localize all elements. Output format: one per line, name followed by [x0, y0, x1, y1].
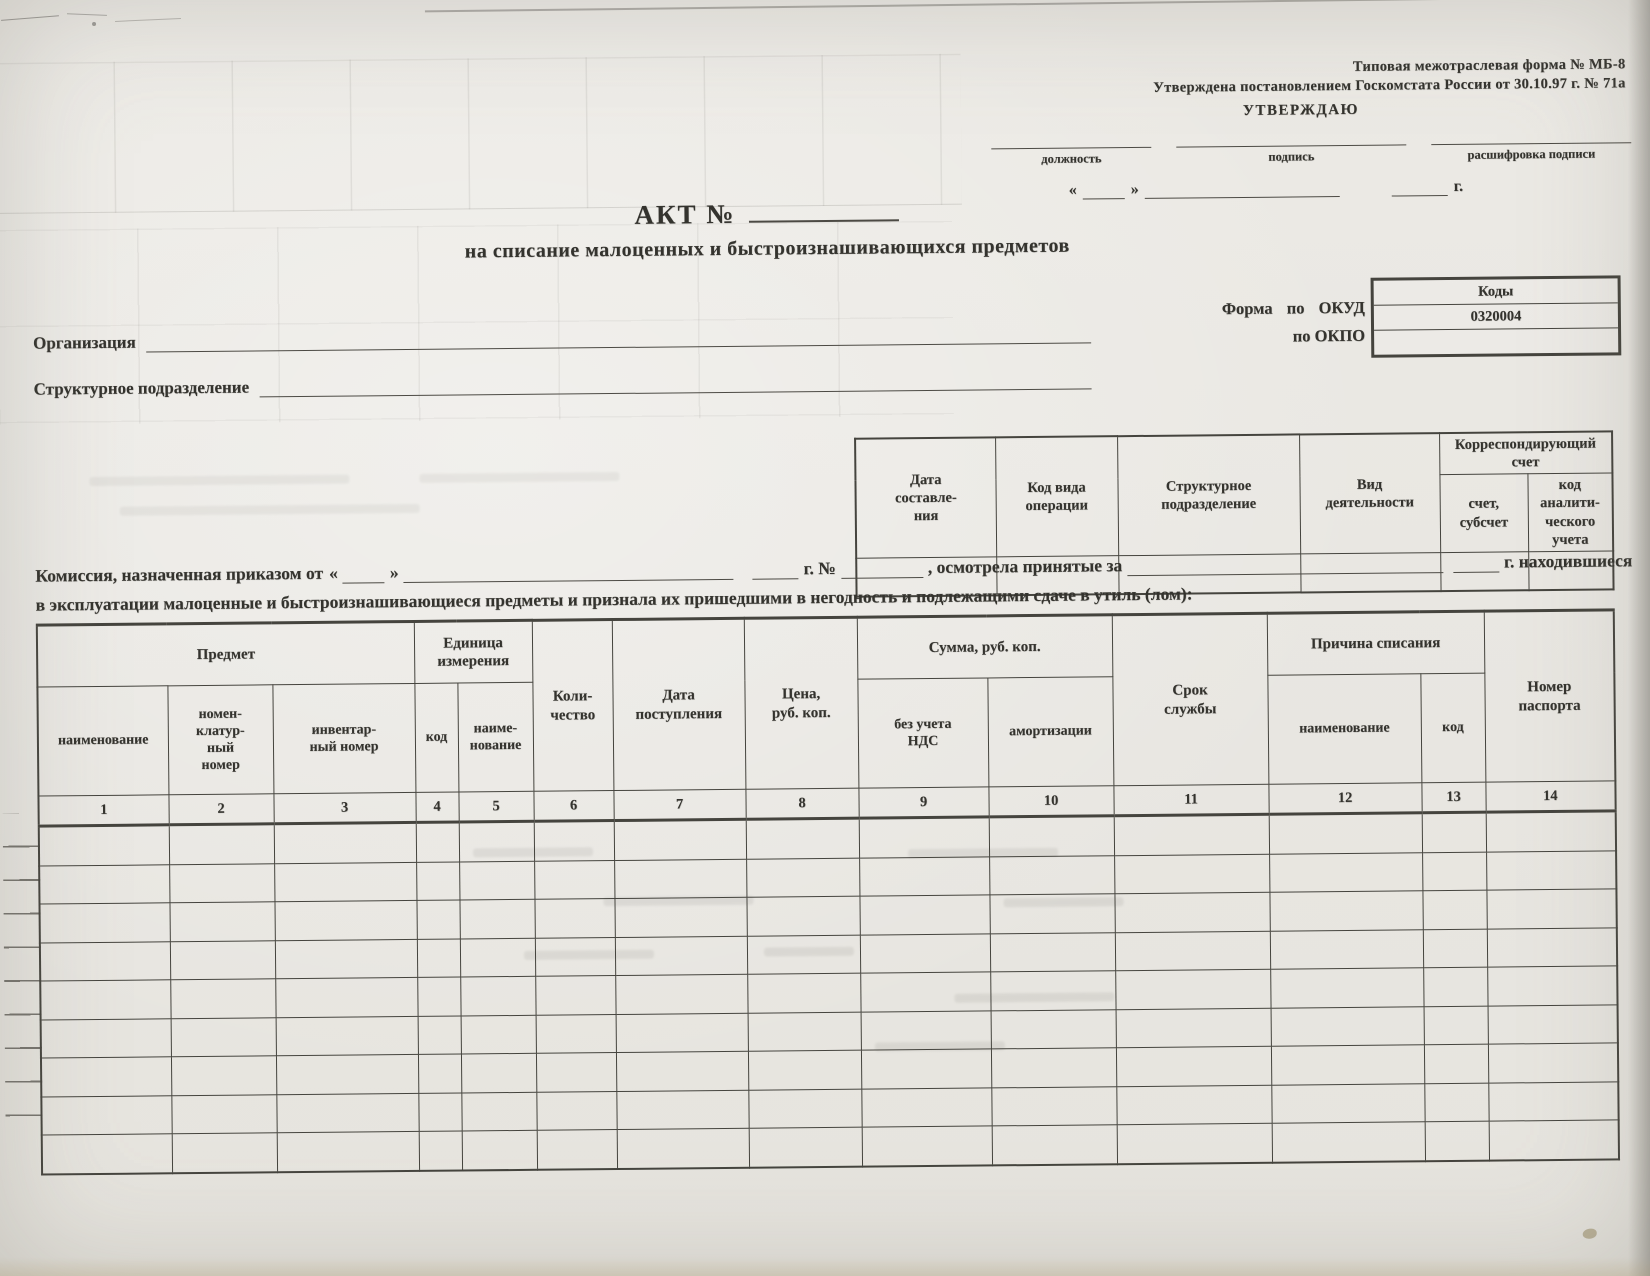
empty-cell: [1486, 889, 1616, 929]
empty-cell: [1424, 1044, 1488, 1083]
empty-cell: [616, 1013, 748, 1053]
empty-cell: [461, 1053, 536, 1092]
bleed-artifact: [425, 0, 1645, 12]
empty-cell: [1489, 1120, 1619, 1160]
pencil-mark: [115, 18, 181, 22]
empty-cell: [1486, 850, 1616, 890]
empty-cell: [535, 937, 615, 976]
document-title: АКТ №: [37, 192, 1497, 237]
empty-cell: [534, 860, 614, 899]
col-header-subdivision: Структурное подразделение: [1117, 434, 1300, 555]
organization-row: Организация: [33, 323, 1091, 353]
subdivision-blank: [259, 373, 1092, 397]
bleed-artifact: [419, 472, 619, 483]
empty-cell: [417, 977, 460, 1016]
empty-cell: [1269, 813, 1422, 854]
empty-cell: [459, 861, 534, 900]
empty-cell: [860, 933, 990, 973]
empty-cell: [1422, 890, 1486, 929]
bleed-artifact: [89, 475, 349, 486]
empty-cell: [992, 1125, 1117, 1165]
column-number: 13: [1421, 782, 1485, 813]
empty-cell: [1488, 1004, 1618, 1044]
empty-cell: [1424, 1006, 1488, 1045]
empty-cell: [1115, 931, 1270, 971]
empty-cell: [39, 825, 169, 866]
empty-cell: [171, 1094, 276, 1134]
position-field: должность: [991, 147, 1151, 168]
empty-cell: [617, 1128, 749, 1168]
col-header-nomenclature-number: номен- клатур- ный номер: [167, 685, 273, 795]
empty-cell: [991, 1048, 1116, 1088]
signature-decode-field: расшифровка подписи: [1431, 142, 1631, 163]
empty-cell: [990, 932, 1115, 972]
quote-close: »: [390, 562, 399, 583]
empty-cell: [1116, 1046, 1271, 1086]
empty-cell: [748, 1089, 861, 1129]
empty-cell: [170, 979, 275, 1019]
day-blank: [343, 567, 385, 583]
codes-header: Коды: [1374, 278, 1618, 304]
empty-cell: [276, 1093, 418, 1133]
empty-cell: [1269, 852, 1422, 892]
main-table-body: [39, 811, 1619, 1174]
col-header-amortization: амортизации: [987, 677, 1113, 787]
empty-cell: [1271, 1083, 1424, 1123]
empty-cell: [274, 900, 416, 940]
col-header-corresponding-account: Корреспондирующий счет: [1439, 431, 1612, 474]
empty-cell: [616, 1090, 748, 1130]
empty-cell: [991, 1009, 1116, 1049]
writeoff-items-table: Предмет Единица измерения Коли- чество Д…: [36, 608, 1620, 1175]
okud-value: 0320004: [1374, 302, 1618, 329]
group-header-writeoff-reason: Причина списания: [1267, 611, 1485, 675]
okud-label: Форма по ОКУД: [1038, 298, 1365, 321]
commission-text-2: г. №: [803, 558, 836, 579]
column-number: 10: [988, 786, 1113, 817]
empty-cell: [171, 1017, 276, 1057]
empty-cell: [1270, 968, 1423, 1008]
column-number: 12: [1268, 783, 1421, 814]
empty-cell: [861, 1087, 991, 1127]
empty-cell: [860, 895, 990, 935]
empty-cell: [990, 894, 1115, 934]
empty-cell: [748, 1012, 861, 1052]
empty-cell: [747, 896, 860, 936]
column-number: 8: [745, 788, 858, 819]
empty-cell: [1487, 927, 1617, 967]
row-lines-margin-artifact: [3, 814, 43, 1119]
empty-cell: [1271, 1006, 1424, 1046]
empty-cell: [989, 816, 1114, 857]
empty-cell: [859, 817, 989, 858]
okpo-value: [1374, 327, 1618, 354]
col-header-price: Цена, руб. коп.: [744, 617, 859, 789]
scan-edge-shadow: [1628, 0, 1650, 1276]
column-number: 2: [168, 794, 273, 825]
paper-stain: [1583, 1229, 1597, 1239]
empty-cell: [1116, 1085, 1271, 1125]
empty-cell: [1117, 1123, 1272, 1163]
col-header-inventory-number: инвентар- ный номер: [272, 683, 415, 793]
empty-cell: [416, 822, 459, 862]
empty-cell: [1114, 854, 1269, 894]
col-header-reason-code: код: [1420, 673, 1485, 783]
col-header-receipt-date: Дата поступления: [612, 618, 746, 790]
empty-cell: [1270, 929, 1423, 969]
year-blank: [752, 563, 798, 579]
empty-cell: [861, 1049, 991, 1089]
empty-cell: [417, 900, 460, 939]
empty-cell: [536, 1053, 616, 1092]
order-number-blank: [841, 562, 923, 579]
empty-cell: [534, 821, 614, 861]
empty-cell: [41, 1018, 171, 1058]
col-header-analytic-code: код аналити- ческого учета: [1527, 473, 1613, 551]
empty-cell: [1424, 1083, 1488, 1122]
title-block: АКТ № на списание малоценных и быстроизн…: [37, 192, 1498, 268]
empty-cell: [991, 1086, 1116, 1126]
subdivision-row: Структурное подразделение: [33, 369, 1091, 399]
organization-blank: [146, 327, 1092, 352]
empty-cell: [274, 822, 416, 863]
empty-cell: [616, 1051, 748, 1091]
empty-cell: [990, 971, 1115, 1011]
col-header-service-life: Срок службы: [1112, 613, 1269, 785]
empty-cell: [169, 824, 274, 865]
commission-text-3: , осмотрела принятые за: [928, 555, 1123, 578]
empty-cell: [1423, 967, 1487, 1006]
empty-cell: [170, 940, 275, 980]
empty-cell: [418, 1054, 461, 1093]
empty-cell: [277, 1131, 419, 1171]
empty-cell: [1486, 811, 1616, 852]
approve-signature-row: должность подпись расшифровка подписи: [991, 142, 1636, 167]
empty-cell: [536, 1014, 616, 1053]
empty-cell: [747, 935, 860, 975]
pencil-mark: [67, 13, 107, 16]
empty-cell: [1114, 814, 1269, 855]
empty-cell: [276, 1054, 418, 1094]
empty-cell: [536, 1091, 616, 1130]
col-header-opcode: Код вида операции: [995, 436, 1118, 556]
empty-cell: [1422, 852, 1486, 891]
empty-cell: [1422, 812, 1486, 852]
empty-cell: [1488, 1043, 1618, 1083]
empty-cell: [419, 1131, 462, 1170]
empty-cell: [1488, 1081, 1618, 1121]
empty-cell: [615, 936, 747, 976]
column-number: 3: [273, 792, 415, 823]
col-header-sum-no-vat: без учета НДС: [857, 678, 988, 788]
commission-text-4: г. находившиеся: [1504, 550, 1633, 572]
col-header-activity: Вид деятельности: [1299, 433, 1440, 554]
col-header-unit-code: код: [414, 683, 458, 792]
empty-cell: [747, 973, 860, 1013]
pencil-mark: [1, 15, 59, 21]
empty-cell: [459, 821, 534, 861]
empty-cell: [39, 903, 169, 943]
empty-cell: [461, 1015, 536, 1054]
empty-cell: [418, 1093, 461, 1132]
empty-cell: [862, 1126, 992, 1166]
empty-cell: [172, 1133, 277, 1173]
empty-cell: [460, 976, 535, 1015]
col-header-reason-name: наименование: [1267, 674, 1421, 784]
empty-cell: [40, 941, 170, 981]
empty-cell: [41, 1057, 171, 1097]
empty-cell: [615, 974, 747, 1014]
col-header-item-name: наименование: [37, 686, 168, 796]
act-number-blank: [749, 204, 899, 222]
empty-cell: [275, 977, 417, 1017]
group-header-item: Предмет: [37, 621, 415, 687]
column-number: 4: [415, 792, 458, 822]
empty-cell: [41, 1095, 171, 1135]
empty-cell: [1487, 966, 1617, 1006]
column-number: 6: [533, 791, 613, 822]
empty-cell: [859, 856, 989, 896]
empty-cell: [535, 899, 615, 938]
empty-cell: [171, 1056, 276, 1096]
scan-edge-shadow: [0, 1257, 1650, 1276]
signature-field: подпись: [1176, 144, 1406, 165]
act-number-label: АКТ №: [634, 199, 735, 230]
col-header-unit-name: наиме- нование: [457, 682, 533, 792]
empty-cell: [535, 976, 615, 1015]
empty-cell: [1425, 1121, 1489, 1161]
empty-cell: [615, 897, 747, 937]
empty-cell: [39, 864, 169, 904]
form-content: Типовая межотраслевая форма № МБ-8 Утвер…: [0, 0, 1650, 1276]
empty-cell: [40, 980, 170, 1020]
empty-cell: [746, 858, 859, 898]
organization-label: Организация: [33, 333, 136, 354]
empty-cell: [860, 972, 990, 1012]
empty-cell: [614, 859, 746, 899]
col-header-quantity: Коли- чество: [532, 620, 614, 792]
empty-cell: [1270, 891, 1423, 931]
scanned-form-sheet: Типовая межотраслевая форма № МБ-8 Утвер…: [0, 0, 1650, 1276]
codes-box: Коды 0320004: [1371, 275, 1622, 357]
column-number: 1: [38, 795, 168, 826]
col-header-date: Дата составле- ния: [855, 437, 996, 558]
empty-cell: [1115, 892, 1270, 932]
empty-cell: [460, 899, 535, 938]
subdivision-label: Структурное подразделение: [33, 378, 249, 400]
empty-cell: [42, 1134, 172, 1174]
empty-cell: [418, 1016, 461, 1055]
empty-cell: [1271, 1045, 1424, 1085]
col-header-passport-number: Номер паспорта: [1484, 610, 1616, 782]
empty-cell: [417, 939, 460, 978]
month-blank: [403, 564, 733, 583]
empty-cell: [749, 1127, 862, 1167]
column-number: 5: [458, 791, 533, 822]
empty-cell: [274, 862, 416, 902]
empty-cell: [462, 1130, 537, 1170]
period-blank: [1127, 557, 1443, 576]
empty-cell: [169, 902, 274, 942]
bleed-artifact: [120, 504, 420, 516]
approve-title: УТВЕРЖДАЮ: [1221, 102, 1381, 121]
column-number: 11: [1113, 784, 1268, 815]
empty-cell: [1116, 1008, 1271, 1048]
column-number: 14: [1485, 781, 1615, 812]
commission-text-1: Комиссия, назначенная приказом от: [35, 563, 323, 587]
empty-cell: [416, 862, 459, 901]
empty-cell: [989, 855, 1114, 895]
column-number: 7: [613, 789, 745, 820]
document-subtitle: на списание малоценных и быстроизнашиваю…: [37, 231, 1497, 268]
column-number: 9: [858, 787, 988, 818]
group-header-sum: Сумма, руб. коп.: [857, 615, 1113, 679]
empty-cell: [1115, 969, 1270, 1009]
empty-cell: [537, 1130, 617, 1170]
empty-cell: [275, 939, 417, 979]
empty-cell: [748, 1050, 861, 1090]
empty-cell: [746, 818, 859, 859]
pencil-mark: [92, 22, 96, 26]
quote-open: «: [329, 563, 338, 584]
empty-cell: [169, 863, 274, 903]
empty-cell: [276, 1016, 418, 1056]
empty-cell: [614, 819, 746, 860]
empty-cell: [1272, 1122, 1425, 1162]
empty-cell: [1423, 929, 1487, 968]
col-header-account: счет, субсчет: [1439, 474, 1528, 552]
year-blank: [1453, 557, 1499, 573]
group-header-unit: Единица измерения: [414, 620, 533, 683]
empty-cell: [460, 938, 535, 977]
empty-cell: [461, 1092, 536, 1131]
empty-cell: [861, 1010, 991, 1050]
